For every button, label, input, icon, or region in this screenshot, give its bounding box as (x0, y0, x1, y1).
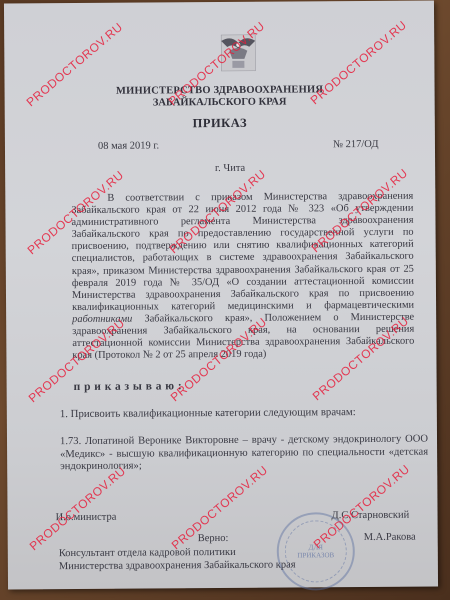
order-item-1: 1. Присвоить квалификационные категории … (60, 406, 356, 420)
certifier-name: М.А.Ракова (364, 532, 416, 543)
document-date: 08 мая 2019 г. (98, 140, 159, 151)
document-page: МИНИСТЕРСТВО ЗДРАВООХРАНЕНИЯ ЗАБАЙКАЛЬСК… (4, 1, 438, 590)
document-city: г. Чита (5, 162, 435, 176)
document-number: № 217/ОД (333, 139, 379, 150)
certified-label: Верно: (198, 533, 229, 544)
certifier-position-line2: Министерства здравоохранения Забайкальск… (59, 559, 296, 572)
stamp-text-line2: ПРИКАЗОВ (279, 551, 353, 560)
certifier-position-line1: Консультант отдела кадровой политики (59, 547, 236, 559)
watermark: PRODOCTOROV.RU (27, 464, 129, 554)
document-type-title: ПРИКАЗ (5, 115, 435, 133)
ministry-name-line2: ЗАБАЙКАЛЬСКОГО КРАЯ (5, 96, 435, 110)
